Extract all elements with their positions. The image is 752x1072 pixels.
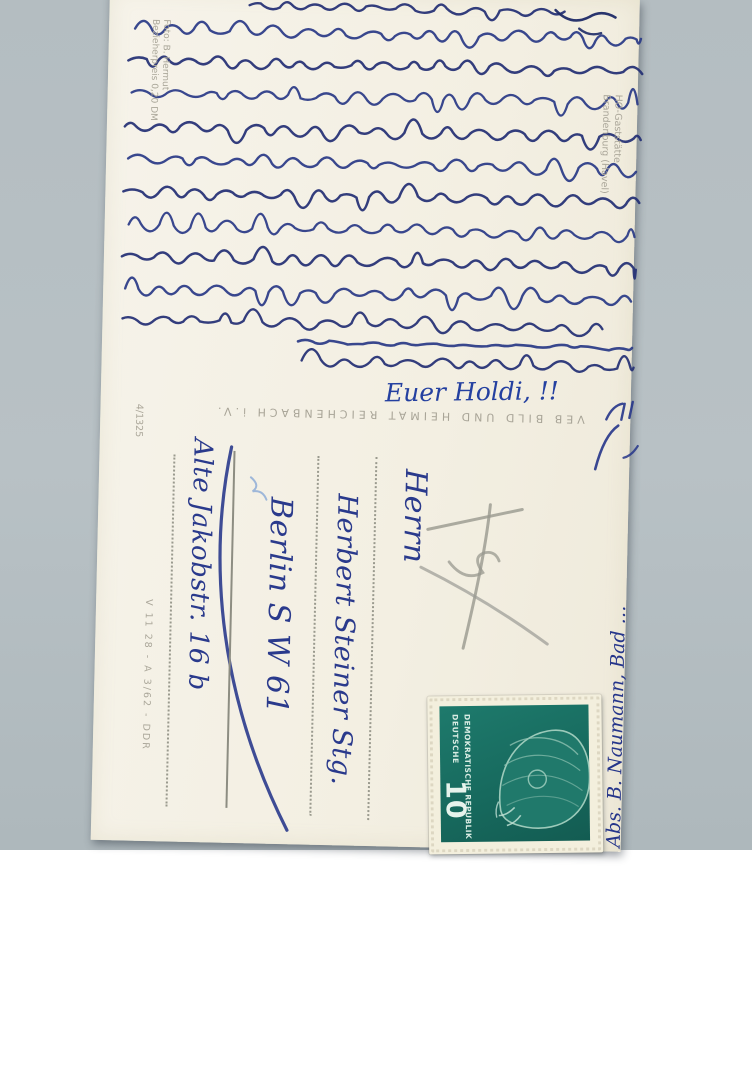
address-recipient-title: Herrn [396,469,433,564]
postage-stamp: DEUTSCHE DEMOKRATISCHE REPUBLIK 10 [427,694,603,854]
order-number: 4/1325 [133,404,145,438]
address-recipient-name: Herbert Steiner Stg. [325,493,363,786]
stamp-country-line-1: DEUTSCHE [451,714,461,764]
caption-block: HO-Gaststätte Brandenburg (Havel) [596,94,623,289]
postcard-back: Euer Holdi, !! VEB BILD UND HEIMAT REICH… [91,0,640,852]
address-street: Alte Jakobstr. 16 b [182,438,218,691]
scanned-postcard-page: Euer Holdi, !! VEB BILD UND HEIMAT REICH… [0,0,752,1072]
scan-background: Euer Holdi, !! VEB BILD UND HEIMAT REICH… [0,0,752,850]
message-signature: Euer Holdi, !! [385,376,559,407]
stamp-country-line-2: DEMOKRATISCHE REPUBLIK [463,714,474,839]
stamp-denomination: 10 [439,780,470,820]
stamp-vignette: DEUTSCHE DEMOKRATISCHE REPUBLIK 10 [439,704,590,842]
address-city: Berlin S W 61 [259,497,299,715]
